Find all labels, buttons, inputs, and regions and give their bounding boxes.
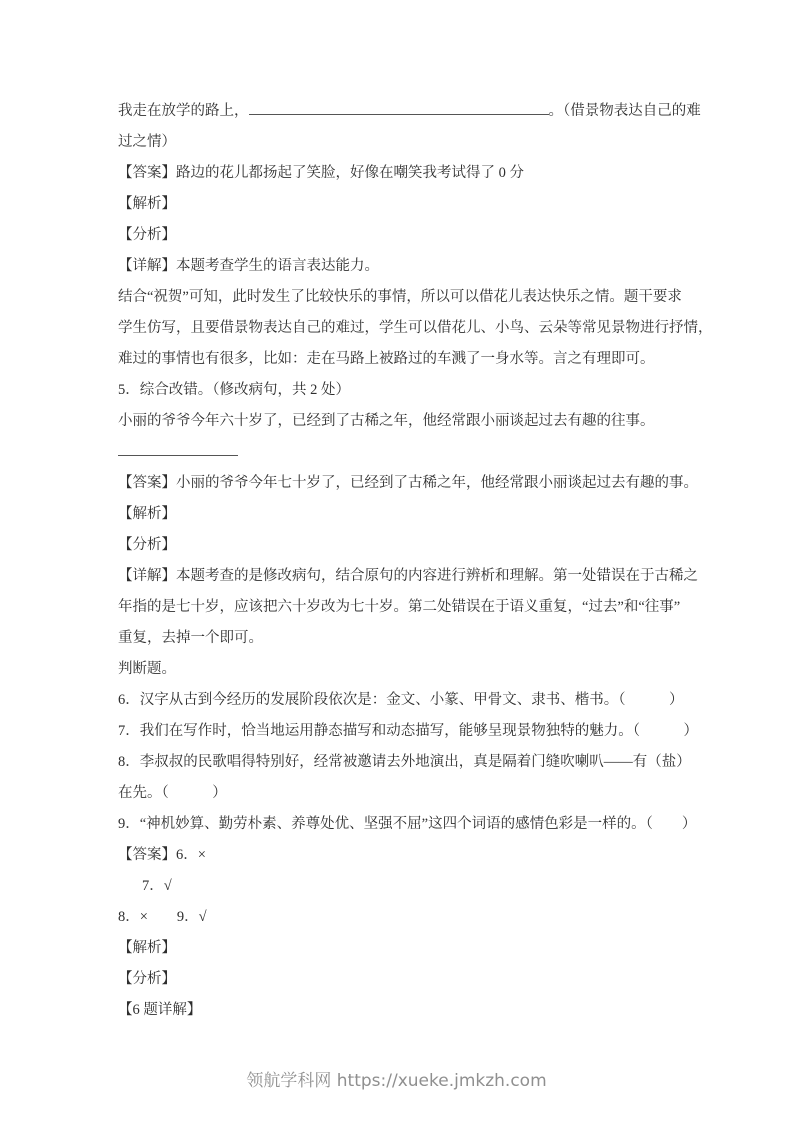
doc-line: 【详解】本题考查学生的语言表达能力。: [118, 251, 684, 282]
document-page: 我走在放学的路上，。（借景物表达自己的难过之情）【答案】路边的花儿都扬起了笑脸，…: [0, 0, 793, 1122]
doc-line: 8．李叔叔的民歌唱得特别好，经常被邀请去外地演出，真是隔着门缝吹喇叭——有（盐）: [118, 747, 684, 778]
doc-line: 难过的事情也有很多，比如：走在马路上被路过的车溅了一身水等。言之有理即可。: [118, 344, 684, 375]
doc-line: 【答案】路边的花儿都扬起了笑脸，好像在嘲笑我考试得了 0 分: [118, 158, 684, 189]
watermark-text: 领航学科网 https://xueke.jmkzh.com: [246, 1071, 546, 1091]
doc-line: 7．我们在写作时，恰当地运用静态描写和动态描写，能够呈现景物独特的魅力。（ ）: [118, 716, 684, 747]
doc-line: 【6 题详解】: [118, 995, 684, 1026]
document-body: 我走在放学的路上，。（借景物表达自己的难过之情）【答案】路边的花儿都扬起了笑脸，…: [118, 96, 684, 1026]
doc-line: 6．汉字从古到今经历的发展阶段依次是：金文、小篆、甲骨文、隶书、楷书。（ ）: [118, 685, 684, 716]
answer-blank: [249, 100, 549, 116]
doc-line: 【分析】: [118, 964, 684, 995]
doc-line: [118, 437, 684, 468]
doc-line: 我走在放学的路上，。（借景物表达自己的难: [118, 96, 684, 127]
doc-line: 【答案】小丽的爷爷今年七十岁了，已经到了古稀之年，他经常跟小丽谈起过去有趣的事。: [118, 468, 684, 499]
doc-line: 【分析】: [118, 220, 684, 251]
doc-line: 5．综合改错。（修改病句，共 2 处）: [118, 375, 684, 406]
doc-line: 9．“神机妙算、勤劳朴素、养尊处优、坚强不屈”这四个词语的感情色彩是一样的。（ …: [118, 809, 684, 840]
doc-line-text: 。（借景物表达自己的难: [549, 103, 701, 119]
doc-line: 过之情）: [118, 127, 684, 158]
doc-line: 判断题。: [118, 654, 684, 685]
doc-line: 年指的是七十岁，应该把六十岁改为七十岁。第二处错误在于语义重复，“过去”和“往事…: [118, 592, 684, 623]
watermark-footer: 领航学科网 https://xueke.jmkzh.com: [0, 1066, 793, 1091]
doc-line: 【解析】: [118, 189, 684, 220]
doc-line: 8．× 9．√: [118, 902, 684, 933]
doc-line: 【答案】6．×: [118, 840, 684, 871]
doc-line: 7．√: [118, 871, 684, 902]
doc-line: 结合“祝贺”可知，此时发生了比较快乐的事情，所以可以借花儿表达快乐之情。题干要求: [118, 282, 684, 313]
doc-line: 学生仿写，且要借景物表达自己的难过，学生可以借花儿、小鸟、云朵等常见景物进行抒情…: [118, 313, 684, 344]
doc-line: 在先。（ ）: [118, 778, 684, 809]
doc-line: 【分析】: [118, 530, 684, 561]
doc-line: 【解析】: [118, 499, 684, 530]
answer-blank: [118, 441, 238, 457]
doc-line: 【详解】本题考查的是修改病句，结合原句的内容进行辨析和理解。第一处错误在于古稀之: [118, 561, 684, 592]
doc-line: 【解析】: [118, 933, 684, 964]
doc-line: 重复，去掉一个即可。: [118, 623, 684, 654]
doc-line: 小丽的爷爷今年六十岁了，已经到了古稀之年，他经常跟小丽谈起过去有趣的往事。: [118, 406, 684, 437]
doc-line-text: 我走在放学的路上，: [118, 103, 249, 119]
